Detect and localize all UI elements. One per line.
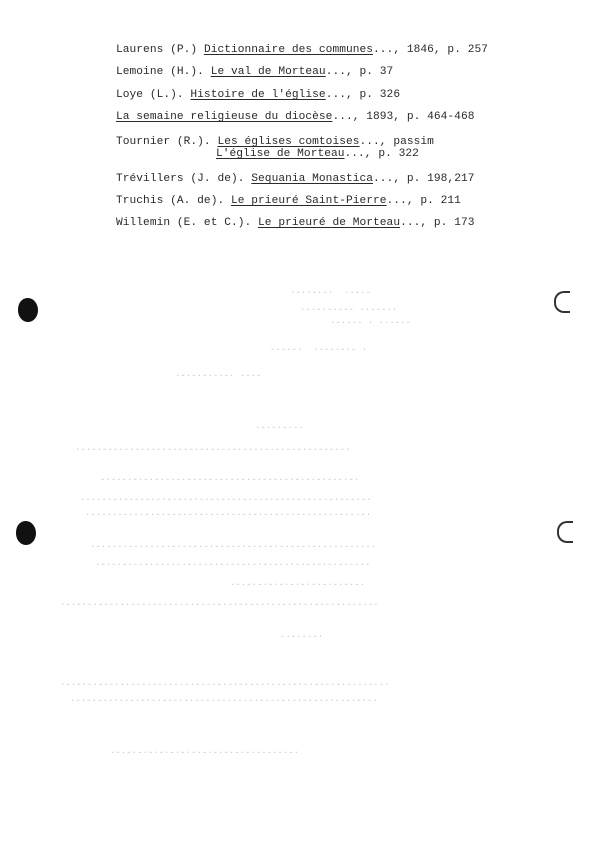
bleed-through: ··-·-·· -·-·-·-·-·	[300, 305, 397, 315]
entry-reference: ..., p. 211	[387, 195, 461, 207]
entry-reference: ..., p. 322	[345, 148, 419, 160]
entry-author: Laurens (P.)	[116, 44, 204, 56]
entry-title: La semaine religieuse du diocèse	[116, 111, 332, 123]
entry-author: Lemoine (H.).	[116, 66, 211, 78]
bleed-through: ·-·-·-·-·-·-·-·-·-·-·-·-·-·-·-·-·-·-·-·-…	[95, 560, 370, 570]
bleed-through: ·-·-·-·-·-·-·-·-·-·-·-·-·	[230, 580, 365, 590]
bleed-through: ·-·-·-·-	[280, 632, 323, 642]
bleed-through: ·-·-·-·-·-·-·-·-·-·-·-·-·-·-·-·-·-·-·-·-…	[80, 495, 372, 505]
bleed-through: ·-·-·-·-·-·-·-·-·-·-·-·-·-·-·-·-·-·-·-·-…	[70, 696, 378, 706]
entry-title: Le val de Morteau	[211, 66, 326, 78]
bleed-through: ·-·-·-·-·-·-·-·-·-·-·-·-·-·-·-·-·-·-·-·-…	[100, 475, 359, 485]
entry-title: Dictionnaire des communes	[204, 44, 373, 56]
binding-mark-icon	[557, 521, 573, 543]
bleed-through: ·-·-·-·-·-·-·-·-·-·-·-·-·-·-·-·-·-·-·-·-…	[60, 600, 379, 610]
bleed-through: -·-·· ·-·-··-·	[290, 288, 371, 298]
bibliography-entry: La semaine religieuse du diocèse..., 189…	[116, 111, 474, 124]
bleed-through: ·-·-·-·-·-·-·-·-·-·-·-·-·-·-·-·-·-·-·-·-…	[60, 680, 389, 690]
bibliography-entry: Willemin (E. et C.). Le prieuré de Morte…	[116, 217, 475, 230]
bleed-through: ·-·-·-·-·-·-·-·-·-·-·-·-·-·-·-·-·-·-·-·-…	[90, 542, 376, 552]
bibliography-entry-continuation: L'église de Morteau..., p. 322	[216, 148, 419, 161]
punch-hole	[16, 521, 36, 545]
bibliography-entry: Loye (L.). Histoire de l'église..., p. 3…	[116, 89, 400, 102]
entry-author: Willemin (E. et C.).	[116, 217, 258, 229]
entry-author: Truchis (A. de).	[116, 195, 231, 207]
entry-reference: ..., passim	[360, 136, 434, 148]
entry-author: Loye (L.).	[116, 89, 190, 101]
punch-hole	[18, 298, 38, 322]
bleed-through: ·-·-·-·-·-·-·-·-·-·-·-·-·-·-·-·-·-·	[110, 748, 299, 758]
bleed-through: · -·-·-·-· ·-·-·-	[270, 345, 367, 355]
entry-reference: ..., p. 326	[326, 89, 400, 101]
entry-author: Trévillers (J. de).	[116, 173, 251, 185]
entry-reference: ..., p. 173	[400, 217, 474, 229]
bibliography-entry: Trévillers (J. de). Sequania Monastica..…	[116, 173, 475, 186]
entry-reference: ..., 1893, p. 464-468	[332, 111, 474, 123]
entry-reference: ..., p. 37	[326, 66, 394, 78]
entry-title: L'église de Morteau	[216, 148, 345, 160]
entry-title: Sequania Monastica	[251, 173, 373, 185]
binding-mark-icon	[554, 291, 570, 313]
bleed-through: ·-·-·-·-·	[255, 423, 304, 433]
entry-reference: ..., p. 198,217	[373, 173, 474, 185]
entry-reference: ..., 1846, p. 257	[373, 44, 488, 56]
entry-title: Histoire de l'église	[190, 89, 325, 101]
bibliography-entry: Laurens (P.) Dictionnaire des communes..…	[116, 44, 488, 57]
entry-title: Les églises comtoises	[217, 136, 359, 148]
document-page: Laurens (P.) Dictionnaire des communes..…	[0, 0, 595, 841]
bleed-through: -·-· ·-·-·-·-·-·	[175, 371, 261, 381]
entry-title: Le prieuré de Morteau	[258, 217, 400, 229]
entry-author: Tournier (R.).	[116, 136, 217, 148]
entry-title: Le prieuré Saint-Pierre	[231, 195, 387, 207]
bibliography-entry: Lemoine (H.). Le val de Morteau..., p. 3…	[116, 66, 393, 79]
bleed-through: ·-·-·-·-·-·-·-·-·-·-·-·-·-·-·-·-·-·-·-·-…	[85, 510, 371, 520]
bleed-through: -·-··· · -·-·-·	[330, 318, 411, 328]
bibliography-entry: Truchis (A. de). Le prieuré Saint-Pierre…	[116, 195, 461, 208]
bleed-through: ·-·-·-·-·-·-·-·-·-·-·-·-·-·-·-·-·-·-·-·-…	[75, 445, 350, 455]
